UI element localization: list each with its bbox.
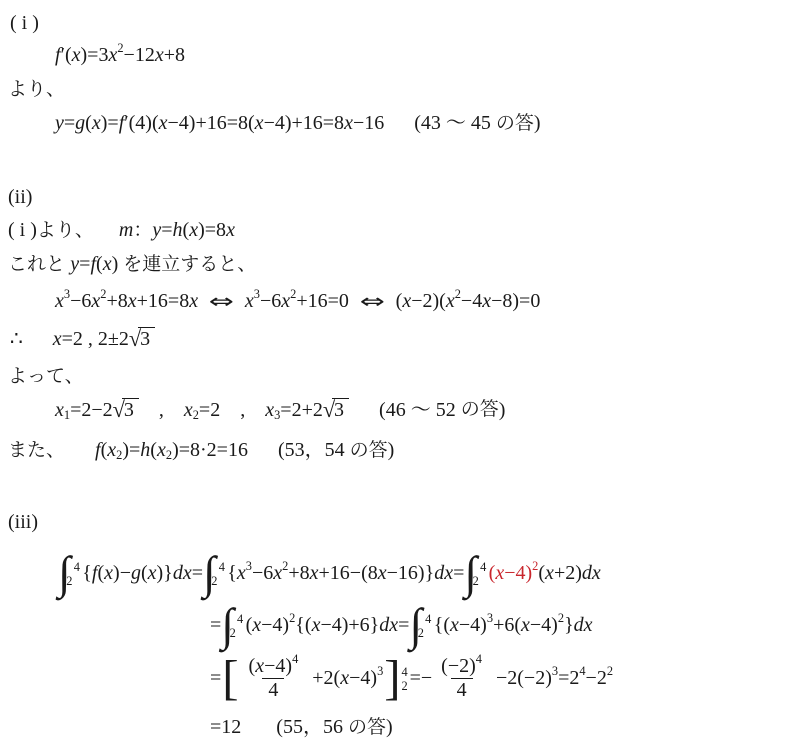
therefore-roots: ∴ x=2 , 2±2√3 bbox=[10, 327, 155, 351]
section-label-ii: (ii) bbox=[8, 186, 32, 209]
math-roman: =12 bbox=[210, 716, 241, 739]
math-roman: (ii) bbox=[8, 186, 32, 209]
upper-limit: 4 bbox=[216, 560, 225, 574]
math-variable: x bbox=[340, 667, 349, 690]
japanese-text: ： bbox=[133, 220, 152, 242]
math-variable: x bbox=[226, 219, 235, 242]
f-x2-value: また、 f(x2)=h(x2)=8·2=16 (53，54 の答) bbox=[8, 439, 394, 462]
math-variable: x bbox=[245, 290, 254, 313]
math-variable: dx bbox=[379, 614, 398, 637]
superscript: 2 bbox=[290, 288, 296, 302]
math-roman: +8 bbox=[164, 44, 185, 67]
math-variable: x bbox=[92, 112, 101, 135]
subscript: 3 bbox=[274, 408, 280, 422]
math-roman: = bbox=[210, 667, 221, 690]
math-roman: +8 bbox=[106, 290, 127, 313]
math-roman: =− bbox=[410, 667, 433, 690]
denominator: 4 bbox=[451, 678, 473, 702]
roots-x1-x2-x3: x1=2−2√3 , x2=2 , x3=2+2√3 (46 〜 52 の答) bbox=[55, 398, 505, 422]
math-roman: +16=8 bbox=[137, 290, 190, 313]
math-roman: (46 〜 52 bbox=[349, 399, 461, 422]
math-variable: x bbox=[159, 112, 168, 135]
math-roman: −4)+6} bbox=[320, 614, 379, 637]
math-variable: x bbox=[148, 562, 157, 585]
math-roman: −4) bbox=[349, 667, 377, 690]
math-roman: )=8·2=16 bbox=[172, 439, 248, 462]
superscript: 2 bbox=[455, 288, 461, 302]
fraction: (−2)44 bbox=[435, 655, 488, 702]
lower-limit: 2 bbox=[230, 626, 236, 640]
superscript: 2 bbox=[100, 288, 106, 302]
superscript: 2 bbox=[289, 611, 295, 625]
derivative-equation: f′(x)=3x2−12x+8 bbox=[55, 44, 185, 67]
math-roman: −4) bbox=[261, 614, 289, 637]
math-roman: (43 〜 45 bbox=[384, 112, 496, 135]
math-variable: x bbox=[104, 562, 113, 585]
math-variable: x bbox=[72, 44, 81, 67]
lower-limit: 2 bbox=[473, 574, 479, 588]
lower-limit: 2 bbox=[211, 574, 217, 588]
lower-limit: 2 bbox=[66, 574, 72, 588]
japanese-text: の答 bbox=[461, 399, 499, 421]
math-variable: x bbox=[184, 399, 193, 422]
math-roman bbox=[94, 219, 119, 242]
math-roman: −6 bbox=[70, 290, 91, 313]
math-roman: +2( bbox=[307, 667, 340, 690]
superscript: 3 bbox=[254, 288, 260, 302]
math-roman: −4) bbox=[459, 614, 487, 637]
math-roman: = bbox=[210, 614, 221, 637]
integral: ∫42 bbox=[409, 602, 431, 648]
math-variable: x bbox=[495, 562, 504, 585]
math-roman: −4) bbox=[530, 614, 558, 637]
math-roman: −2 bbox=[586, 667, 607, 690]
radicand: 3 bbox=[332, 398, 349, 422]
subscript: 2 bbox=[193, 408, 199, 422]
math-solution-page: ( i ) f′(x)=3x2−12x+8 より、 y=g(x)=f′(4)(x… bbox=[0, 0, 786, 753]
numerator: (x−4)4 bbox=[243, 655, 305, 678]
math-roman bbox=[349, 290, 359, 313]
math-variable: x bbox=[189, 290, 198, 313]
math-variable: x bbox=[252, 614, 261, 637]
math-roman: ( bbox=[141, 562, 148, 585]
math-variable: g bbox=[75, 112, 85, 135]
math-roman: {( bbox=[295, 614, 311, 637]
square-root: √3 bbox=[129, 327, 155, 351]
math-roman: ( bbox=[386, 290, 403, 313]
math-roman: 4 bbox=[268, 679, 278, 702]
integral-limits: 42 bbox=[216, 559, 225, 588]
math-roman: = bbox=[192, 562, 203, 585]
math-variable: x bbox=[255, 655, 264, 678]
math-roman: −4)+16=8 bbox=[264, 112, 345, 135]
japanese-text: より、 bbox=[37, 220, 94, 242]
math-roman: = bbox=[79, 253, 90, 276]
cubic-equation-chain: x3−6x2+8x+16=8x ⇔ x3−6x2+16=0 ⇔ (x−2)(x2… bbox=[55, 290, 540, 313]
math-roman: −6 bbox=[252, 562, 273, 585]
integral-limits: 42 bbox=[477, 559, 486, 588]
math-variable: x bbox=[108, 44, 117, 67]
math-roman bbox=[198, 290, 208, 313]
tangent-line-equation: y=g(x)=f′(4)(x−4)+16=8(x−4)+16=8x−16 (43… bbox=[55, 112, 541, 135]
math-variable: x bbox=[128, 290, 137, 313]
math-roman: +16−(8 bbox=[319, 562, 378, 585]
integral-line-1: ∫42{f(x)−g(x)}dx=∫42{x3−6x2+8x+16−(8x−16… bbox=[58, 550, 601, 596]
math-variable: x bbox=[281, 290, 290, 313]
upper-limit: 4 bbox=[234, 612, 243, 626]
math-roman: (iii) bbox=[8, 511, 38, 534]
integral-line-2: =∫42(x−4)2{(x−4)+6}dx=∫42{(x−4)3+6(x−4)2… bbox=[210, 602, 593, 648]
simultaneous-text: これと y=f(x) を連立すると、 bbox=[8, 253, 256, 276]
math-roman: } bbox=[564, 614, 574, 637]
math-roman: )} bbox=[157, 562, 173, 585]
math-roman: ) bbox=[388, 439, 395, 462]
math-roman: ( i ) bbox=[8, 219, 37, 242]
integral-limits: 42 bbox=[71, 559, 80, 588]
math-variable: dx bbox=[582, 562, 601, 585]
superscript: 3 bbox=[246, 559, 252, 573]
big-bracket: ] bbox=[384, 656, 400, 700]
math-variable: x bbox=[91, 290, 100, 313]
math-roman: ( bbox=[96, 253, 103, 276]
math-variable: x bbox=[265, 399, 274, 422]
math-roman: −8)=0 bbox=[491, 290, 540, 313]
math-roman: ) bbox=[112, 253, 124, 276]
math-roman: −4) bbox=[264, 655, 292, 678]
radicand: 3 bbox=[138, 327, 155, 351]
math-roman: { bbox=[227, 562, 237, 585]
math-roman: = bbox=[64, 112, 75, 135]
big-bracket: [ bbox=[222, 656, 238, 700]
math-roman: 3 bbox=[124, 399, 134, 422]
math-roman: ( i ) bbox=[10, 12, 39, 35]
math-roman: ) bbox=[386, 716, 393, 739]
math-roman: =2−2 bbox=[70, 399, 113, 422]
math-roman: = bbox=[453, 562, 464, 585]
integral: ∫42 bbox=[203, 550, 225, 596]
math-roman: =2 bbox=[558, 667, 579, 690]
math-roman: −4) bbox=[504, 562, 532, 585]
math-roman: = bbox=[398, 614, 409, 637]
japanese-text: の答 bbox=[348, 717, 386, 739]
math-variable: x bbox=[482, 290, 491, 313]
math-roman: 4 bbox=[457, 679, 467, 702]
math-roman: ′(4)( bbox=[124, 112, 158, 135]
math-variable: x bbox=[545, 562, 554, 585]
math-roman: ( bbox=[150, 439, 157, 462]
math-variable: x bbox=[521, 614, 530, 637]
upper-limit: 4 bbox=[422, 612, 431, 626]
math-variable: h bbox=[173, 219, 183, 242]
math-roman: )=3 bbox=[81, 44, 109, 67]
math-roman: ( bbox=[85, 112, 92, 135]
math-roman: −2(−2) bbox=[491, 667, 552, 690]
math-roman: ) bbox=[534, 112, 541, 135]
superscript: 2 bbox=[117, 42, 123, 56]
math-roman: =2 , bbox=[199, 399, 265, 422]
math-roman: {( bbox=[434, 614, 450, 637]
lower-limit: 2 bbox=[418, 626, 424, 640]
math-roman: −2)( bbox=[411, 290, 446, 313]
math-variable: y bbox=[55, 112, 64, 135]
superscript: 4 bbox=[579, 665, 585, 679]
math-variable: x bbox=[310, 562, 319, 585]
superscript: 3 bbox=[487, 611, 493, 625]
math-roman: ′( bbox=[61, 44, 72, 67]
japanese-text: これと bbox=[8, 254, 70, 276]
math-roman: −6 bbox=[260, 290, 281, 313]
japanese-text: より、 bbox=[8, 79, 65, 101]
upper-limit: 4 bbox=[477, 560, 486, 574]
math-variable: h bbox=[140, 439, 150, 462]
integral-limits: 42 bbox=[234, 611, 243, 640]
math-roman: { bbox=[82, 562, 92, 585]
math-roman: , bbox=[139, 399, 184, 422]
math-variable: x bbox=[189, 219, 198, 242]
section-label-i: ( i ) bbox=[10, 12, 39, 35]
math-variable: x bbox=[55, 290, 64, 313]
math-roman: =2+2 bbox=[280, 399, 323, 422]
final-answer: =12 (55，56 の答) bbox=[210, 716, 393, 739]
fraction: (x−4)44 bbox=[243, 655, 305, 702]
math-roman: +16=0 bbox=[296, 290, 349, 313]
math-variable: x bbox=[237, 562, 246, 585]
square-root: √3 bbox=[113, 398, 139, 422]
math-roman: (53，54 bbox=[248, 439, 350, 462]
math-variable: x bbox=[157, 439, 166, 462]
section-label-iii: (iii) bbox=[8, 511, 38, 534]
subscript: 2 bbox=[116, 448, 122, 462]
math-variable: x bbox=[155, 44, 164, 67]
math-variable: x bbox=[273, 562, 282, 585]
math-roman: )=8 bbox=[198, 219, 226, 242]
superscript: 2 bbox=[607, 665, 613, 679]
superscript: 2 bbox=[282, 559, 288, 573]
math-roman: ∴ bbox=[10, 328, 53, 351]
upper-limit: 4 bbox=[402, 665, 408, 679]
integral: ∫42 bbox=[221, 602, 243, 648]
math-variable: x bbox=[255, 112, 264, 135]
math-roman: −12 bbox=[124, 44, 155, 67]
subscript: 2 bbox=[166, 448, 172, 462]
superscript: 4 bbox=[292, 653, 298, 667]
superscript: 3 bbox=[552, 665, 558, 679]
upper-limit: 4 bbox=[71, 560, 80, 574]
radicand: 3 bbox=[122, 398, 139, 422]
superscript: 4 bbox=[476, 653, 482, 667]
japanese-text: よって、 bbox=[8, 366, 84, 388]
math-roman bbox=[65, 439, 95, 462]
math-roman: )− bbox=[113, 562, 131, 585]
math-roman: = bbox=[161, 219, 172, 242]
line-m-definition: ( i )より、 m：y=h(x)=8x bbox=[8, 219, 235, 242]
math-roman: +2) bbox=[554, 562, 582, 585]
superscript: 2 bbox=[532, 559, 538, 573]
integral: ∫42 bbox=[58, 550, 80, 596]
math-variable: dx bbox=[434, 562, 453, 585]
superscript: 3 bbox=[377, 665, 383, 679]
integral-limits: 42 bbox=[422, 611, 431, 640]
lower-limit: 2 bbox=[402, 679, 408, 693]
math-roman: =2 , 2±2 bbox=[62, 328, 129, 351]
math-variable: x bbox=[103, 253, 112, 276]
superscript: 2 bbox=[558, 611, 564, 625]
math-variable: x bbox=[450, 614, 459, 637]
math-variable: dx bbox=[574, 614, 593, 637]
math-roman: (−2) bbox=[441, 655, 476, 678]
math-roman: −4 bbox=[461, 290, 482, 313]
integral: ∫42 bbox=[464, 550, 486, 596]
japanese-text: の答 bbox=[496, 113, 534, 135]
math-variable: x bbox=[344, 112, 353, 135]
integral-line-3: =[(x−4)44 +2(x−4)3]42=−(−2)44 −2(−2)3=24… bbox=[210, 655, 613, 702]
yotte-text: よって、 bbox=[8, 366, 84, 388]
japanese-text: を連立すると、 bbox=[123, 254, 256, 276]
math-variable: x bbox=[107, 439, 116, 462]
iff-arrow-icon: ⇔ bbox=[360, 290, 385, 313]
square-root: √3 bbox=[323, 398, 349, 422]
yori-text: より、 bbox=[8, 79, 65, 101]
numerator: (−2)4 bbox=[435, 655, 488, 678]
iff-arrow-icon: ⇔ bbox=[209, 290, 234, 313]
math-variable: x bbox=[53, 328, 62, 351]
japanese-text: また、 bbox=[8, 440, 65, 462]
math-variable: dx bbox=[173, 562, 192, 585]
math-variable: g bbox=[131, 562, 141, 585]
math-roman: 3 bbox=[334, 399, 344, 422]
red-highlight-group: (x−4)2 bbox=[489, 562, 539, 585]
math-roman: −16)} bbox=[387, 562, 435, 585]
math-roman: +8 bbox=[288, 562, 309, 585]
math-variable: x bbox=[378, 562, 387, 585]
math-variable: x bbox=[402, 290, 411, 313]
math-roman bbox=[235, 290, 245, 313]
subscript: 1 bbox=[64, 408, 70, 422]
denominator: 4 bbox=[262, 678, 284, 702]
math-roman: −16 bbox=[353, 112, 384, 135]
superscript: 3 bbox=[64, 288, 70, 302]
math-roman: −4)+16=8( bbox=[168, 112, 255, 135]
math-roman: )= bbox=[101, 112, 119, 135]
math-roman: )= bbox=[122, 439, 140, 462]
japanese-text: の答 bbox=[350, 440, 388, 462]
math-variable: y bbox=[70, 253, 79, 276]
math-roman: +6( bbox=[493, 614, 521, 637]
evaluation-limits: 42 bbox=[402, 665, 408, 692]
math-roman: 3 bbox=[140, 328, 150, 351]
math-roman: ) bbox=[499, 399, 506, 422]
math-variable: x bbox=[446, 290, 455, 313]
math-variable: x bbox=[312, 614, 321, 637]
math-variable: x bbox=[55, 399, 64, 422]
math-variable: y bbox=[152, 219, 161, 242]
math-roman: (55，56 bbox=[241, 716, 348, 739]
math-variable: m bbox=[119, 219, 133, 242]
